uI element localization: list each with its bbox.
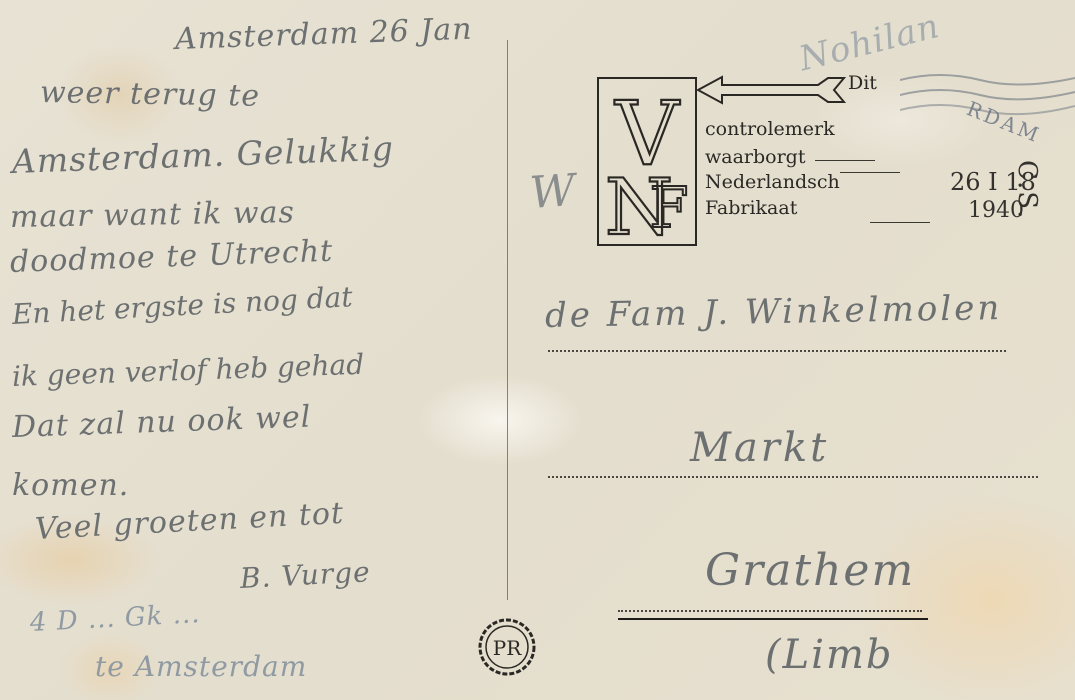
postmark-side: C.S. xyxy=(1012,160,1042,220)
address-line-1: de Fam J. Winkelmolen xyxy=(545,288,1003,336)
svg-text:F: F xyxy=(650,176,689,241)
message-line: maar want ik was xyxy=(10,195,295,235)
address-rule-2 xyxy=(548,476,1038,478)
address-rule-3 xyxy=(618,610,922,612)
address-rule-1 xyxy=(548,350,1006,352)
svg-text:PR: PR xyxy=(493,636,522,660)
vnf-logo: V N F xyxy=(597,77,697,246)
message-line: komen. xyxy=(12,468,129,503)
address-line-2: Markt xyxy=(690,425,829,471)
address-line-4: (Limb xyxy=(765,632,894,678)
message-line: te Amsterdam xyxy=(95,650,307,683)
postmark-rule xyxy=(815,160,875,161)
address-rule-solid xyxy=(618,618,928,620)
divider-line xyxy=(507,40,508,600)
message-line: weer terug te xyxy=(40,75,261,114)
address-line-3: Grathem xyxy=(705,545,915,596)
message-signature: B. Vurge xyxy=(239,555,371,595)
message-line: 4 D ... Gk ... xyxy=(29,599,201,638)
postmark-rule xyxy=(870,222,930,223)
slogan-line: waarborgt xyxy=(705,146,805,168)
slogan-line: Fabrikaat xyxy=(705,197,797,219)
slogan-line: Nederlandsch xyxy=(705,171,840,193)
arrow-left-icon xyxy=(696,74,846,106)
postmark-rule xyxy=(840,172,900,173)
slogan-line: controlemerk xyxy=(705,118,835,140)
message-line: En het ergste is nog dat xyxy=(11,280,353,331)
slogan-line: Dit xyxy=(848,72,877,94)
handwritten-mark: W xyxy=(528,165,578,219)
message-line: Amsterdam. Gelukkig xyxy=(11,129,394,181)
message-line: doodmoe te Utrecht xyxy=(9,234,333,280)
message-line: Amsterdam 26 Jan xyxy=(174,12,473,57)
message-line: Dat zal nu ook wel xyxy=(11,400,311,445)
postmark-wavy-lines-icon xyxy=(900,60,1075,140)
message-line: Veel groeten en tot xyxy=(34,496,345,547)
message-line: ik geen verlof heb gehad xyxy=(11,348,364,393)
vnf-monogram-icon: V N F xyxy=(599,79,695,244)
postcard-back: Amsterdam 26 Jan weer terug te Amsterdam… xyxy=(0,0,1075,700)
publisher-logo-icon: PR xyxy=(477,617,537,677)
